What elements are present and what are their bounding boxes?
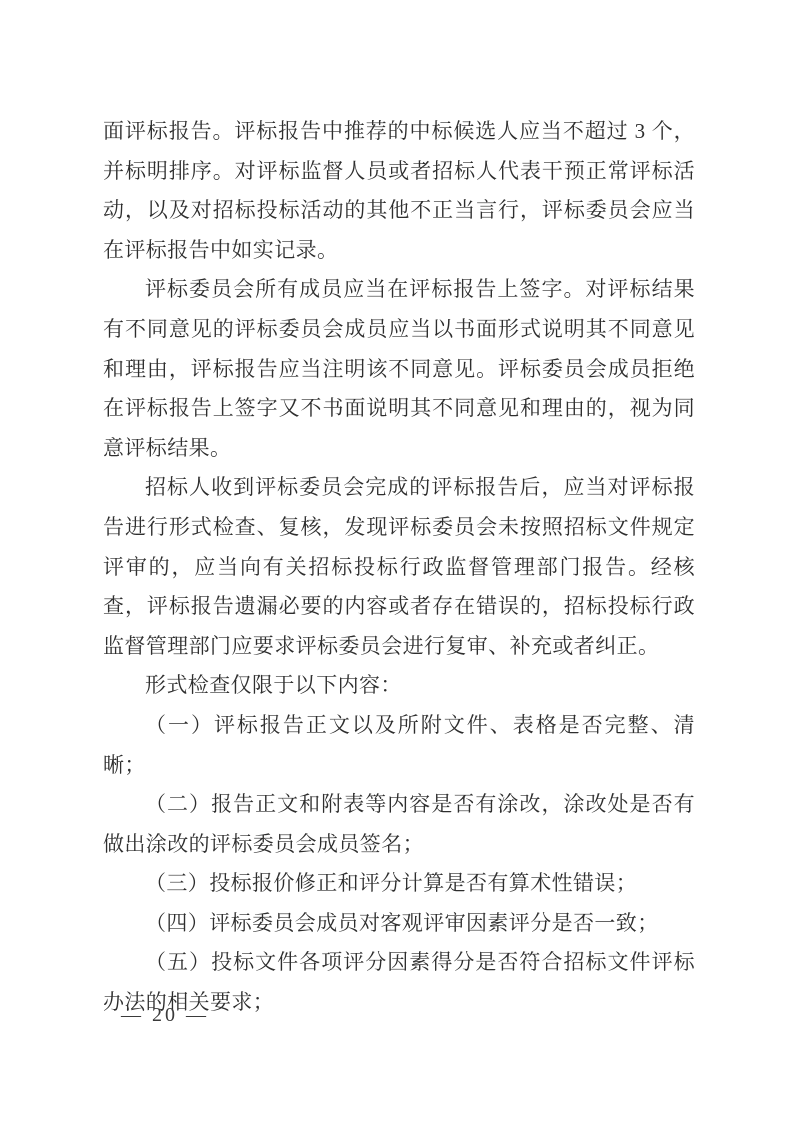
document-page: 面评标报告。评标报告中推荐的中标候选人应当不超过 3 个，并标明排序。对评标监督… <box>0 0 793 1122</box>
document-body: 面评标报告。评标报告中推荐的中标候选人应当不超过 3 个，并标明排序。对评标监督… <box>103 112 695 1023</box>
paragraph-2: 评标委员会所有成员应当在评标报告上签字。对评标结果有不同意见的评标委员会成员应当… <box>103 270 695 468</box>
list-item-2: （二）报告正文和附表等内容是否有涂改，涂改处是否有做出涂改的评标委员会成员签名； <box>103 785 695 864</box>
list-item-1: （一）评标报告正文以及所附文件、表格是否完整、清晰； <box>103 706 695 785</box>
page-footer: — 20 — <box>121 1001 209 1029</box>
paragraph-3: 招标人收到评标委员会完成的评标报告后，应当对评标报告进行形式检查、复核，发现评标… <box>103 468 695 666</box>
page-number: — 20 — <box>121 1004 209 1026</box>
paragraph-4: 形式检查仅限于以下内容： <box>103 666 695 706</box>
paragraph-1: 面评标报告。评标报告中推荐的中标候选人应当不超过 3 个，并标明排序。对评标监督… <box>103 112 695 270</box>
list-item-3: （三）投标报价修正和评分计算是否有算术性错误； <box>103 864 695 904</box>
list-item-4: （四）评标委员会成员对客观评审因素评分是否一致； <box>103 904 695 944</box>
